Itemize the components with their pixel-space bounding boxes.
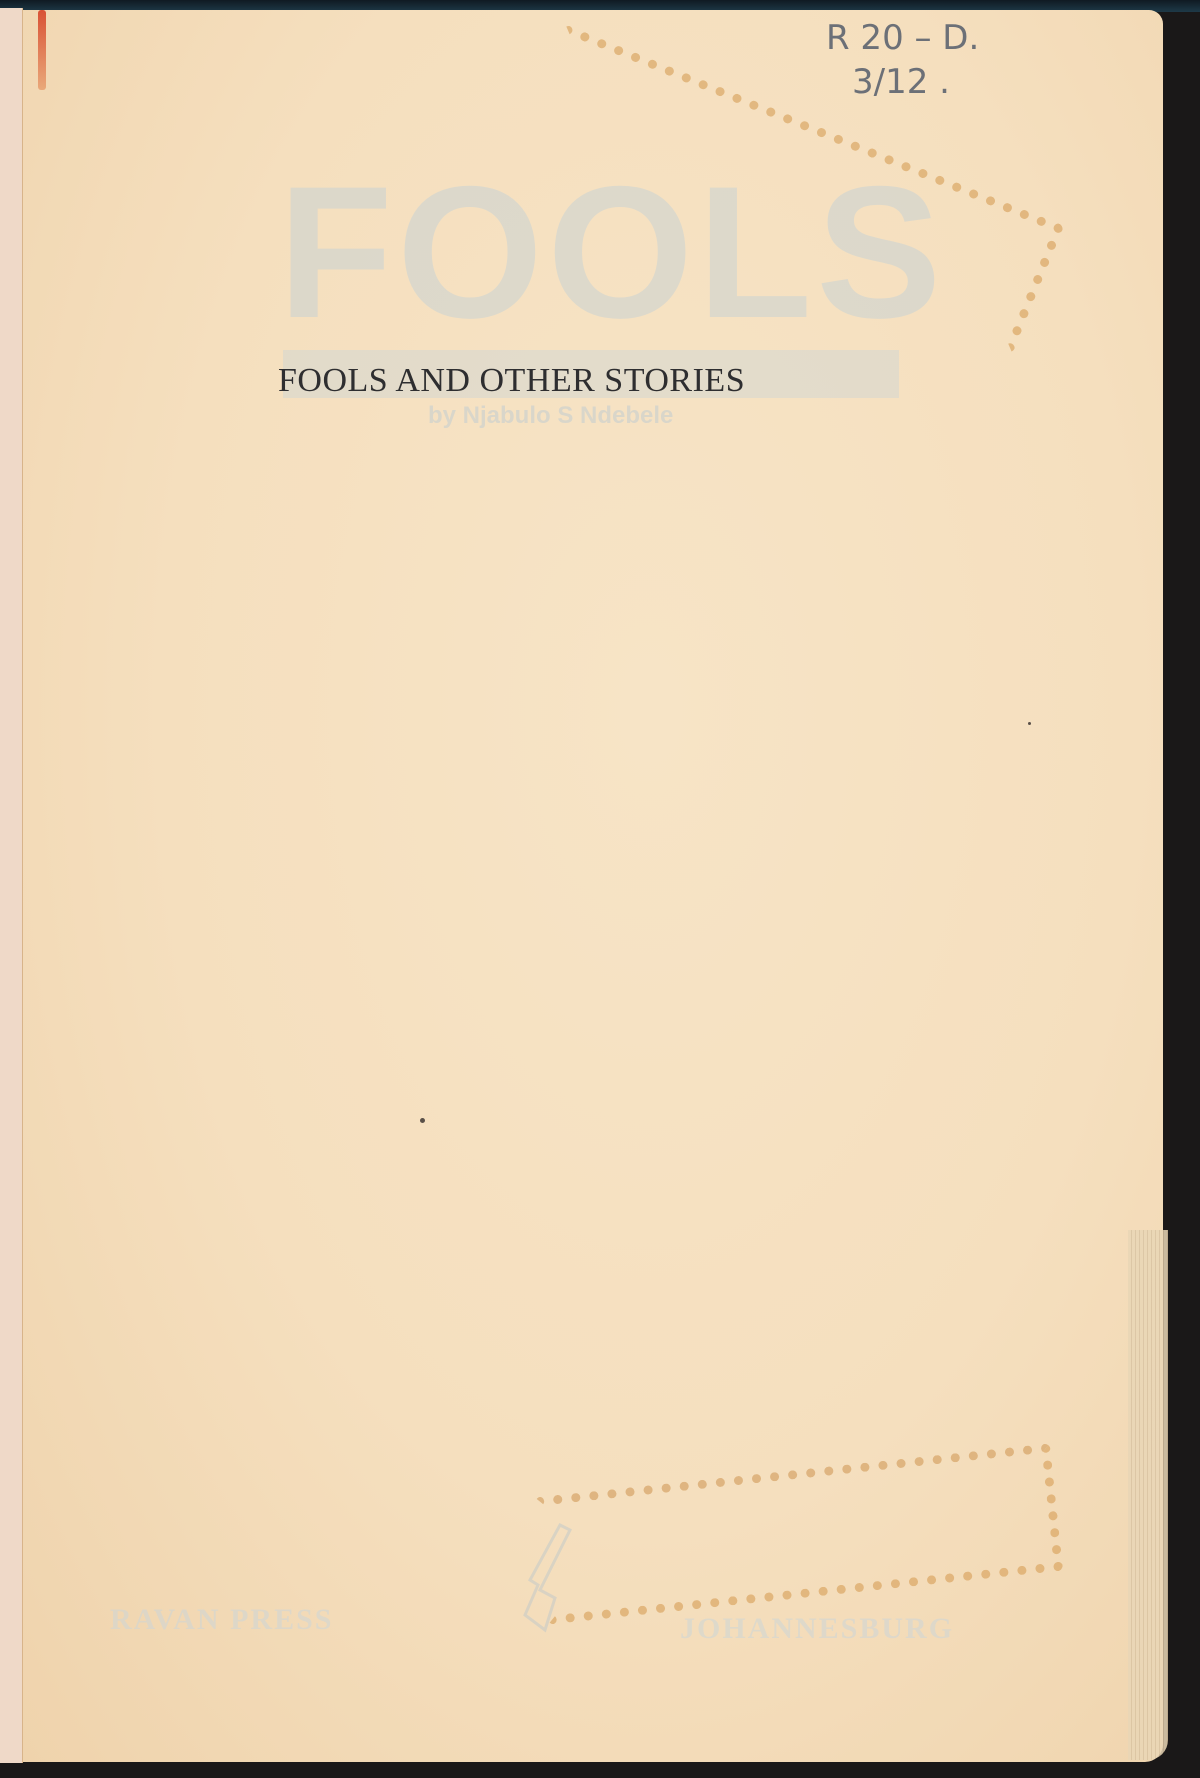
book-title: FOOLS AND OTHER STORIES xyxy=(278,362,745,400)
facing-page-edge xyxy=(0,8,23,1763)
show-through-city: JOHANNESBURG xyxy=(680,1612,954,1646)
pencil-price-note: R 20 – D. xyxy=(826,18,979,58)
publisher-logo-icon xyxy=(520,1520,580,1635)
paper-speck xyxy=(420,1118,425,1123)
paper-speck xyxy=(1028,722,1031,725)
show-through-author: by Njabulo S Ndebele xyxy=(428,402,673,430)
pencil-date-note: 3/12 . xyxy=(852,62,950,102)
spine-tear xyxy=(38,10,46,90)
show-through-publisher: RAVAN PRESS xyxy=(110,1603,333,1637)
page-stack-edges xyxy=(1128,1230,1168,1760)
